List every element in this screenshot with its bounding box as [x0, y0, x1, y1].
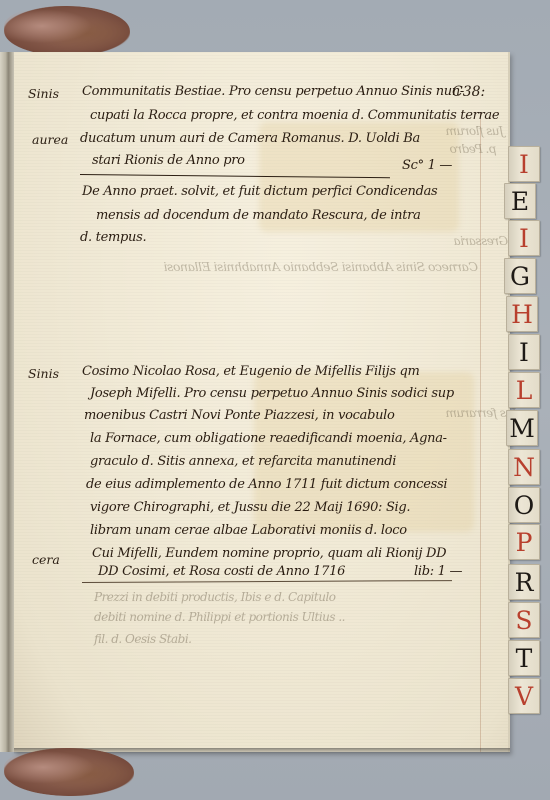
entry-line: Cosimo Nicolao Rosa, et Eugenio de Mifel…: [82, 364, 420, 379]
alphabet-index-tabs: I E I G H I L M N O P R S T V: [500, 146, 550, 726]
binding-tassel-bottom: [4, 748, 134, 796]
entry-line: moenibus Castri Novi Ponte Piazzesi, in …: [84, 408, 395, 423]
entry-line: d. tempus.: [80, 230, 146, 245]
entry-line: ducatum unum auri de Camera Romanus. D. …: [80, 131, 420, 146]
entry-line: De Anno praet. solvit, et fuit dictum pe…: [82, 184, 437, 199]
index-tab-H[interactable]: H: [506, 296, 538, 332]
index-tab-G[interactable]: G: [504, 258, 536, 294]
index-tab-I[interactable]: I: [508, 220, 540, 256]
index-tab-L[interactable]: L: [508, 372, 540, 408]
entry-line: stari Rionis de Anno pro: [92, 153, 245, 168]
binding-tassel-top: [4, 6, 130, 56]
margin-note: Sinis: [28, 86, 59, 101]
entry-amount: Sc° 1 —: [402, 158, 452, 173]
margin-note: cera: [32, 552, 60, 567]
manuscript-page: Carneco Sinis Abbanisi Sebbanio Annabhni…: [14, 52, 510, 752]
ruled-margin-line: [480, 112, 481, 752]
index-tab-P[interactable]: P: [508, 524, 540, 560]
entry-line: Cui Mifelli, Eundem nomine proprio, quam…: [92, 546, 446, 561]
entry-line: la Fornace, cum obligatione reaedificand…: [90, 431, 447, 446]
bleed-through-margin: Jus florum: [446, 124, 504, 138]
entry-line: DD Cosimi, et Rosa costi de Anno 1716: [98, 564, 345, 579]
entry-line: Communitatis Bestiae. Pro censu perpetuo…: [82, 84, 464, 99]
entry-amount: lib: 1 —: [414, 564, 462, 579]
entry-line: cupati la Rocca propre, et contra moenia…: [90, 108, 499, 123]
index-tab-M[interactable]: M: [506, 410, 538, 446]
bleed-through-text: Carneco Sinis Abbanisi Sebbanio Annabhni…: [164, 259, 478, 274]
book-binding-edge: [0, 52, 14, 752]
index-tab-V[interactable]: V: [508, 678, 540, 714]
margin-note: Sinis: [28, 366, 59, 381]
faint-text-line: Prezzi in debiti productis, Ibis e d. Ca…: [94, 590, 336, 604]
index-tab-N[interactable]: N: [508, 449, 540, 485]
index-tab-O[interactable]: O: [508, 487, 540, 523]
index-tab-S[interactable]: S: [508, 602, 540, 638]
index-tab-E[interactable]: E: [504, 183, 536, 219]
entry-line: vigore Chirographi, et Jussu die 22 Maij…: [90, 500, 410, 515]
entry-line: de eius adimplemento de Anno 1711 fuit d…: [86, 477, 447, 492]
entry-line: mensis ad docendum de mandato Rescura, d…: [96, 208, 421, 223]
faint-text-line: debiti nomine d. Philippi et portionis U…: [94, 610, 345, 624]
entry-line: Joseph Mifelli. Pro censu perpetuo Annuo…: [90, 386, 454, 401]
bleed-through-margin: p. Pedro: [450, 142, 497, 156]
entry-line: libram unam cerae albae Laborativi monii…: [90, 523, 407, 538]
faint-text-line: fil. d. Oesis Stabi.: [94, 632, 192, 646]
entry-divider-rule: [82, 580, 452, 583]
index-tab-T[interactable]: T: [508, 640, 540, 676]
index-tab-I[interactable]: I: [508, 334, 540, 370]
margin-note: aurea: [32, 132, 68, 147]
index-tab-R[interactable]: R: [508, 564, 540, 600]
entry-line: graculo d. Sitis annexa, et refarcita ma…: [90, 454, 396, 469]
index-tab-I[interactable]: I: [508, 146, 540, 182]
